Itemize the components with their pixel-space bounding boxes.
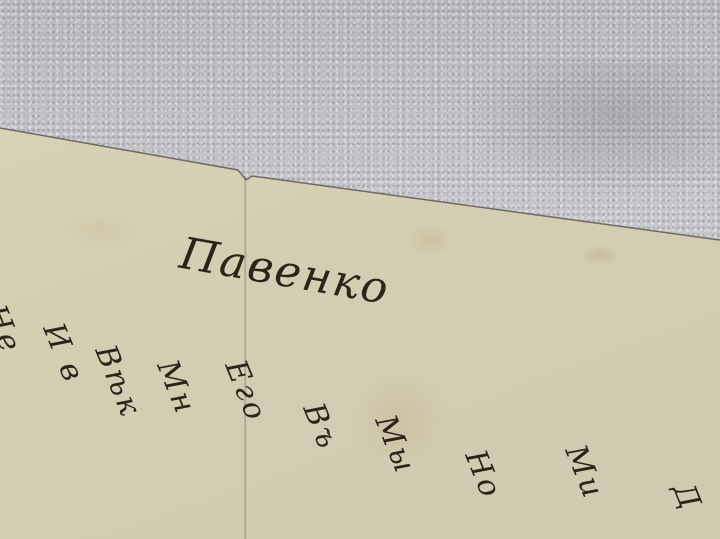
photo-scene: Павенко Не И в Вѣк Мн Его Въ Мы Но Ми Д — [0, 0, 720, 539]
felt-shadow — [460, 60, 720, 200]
